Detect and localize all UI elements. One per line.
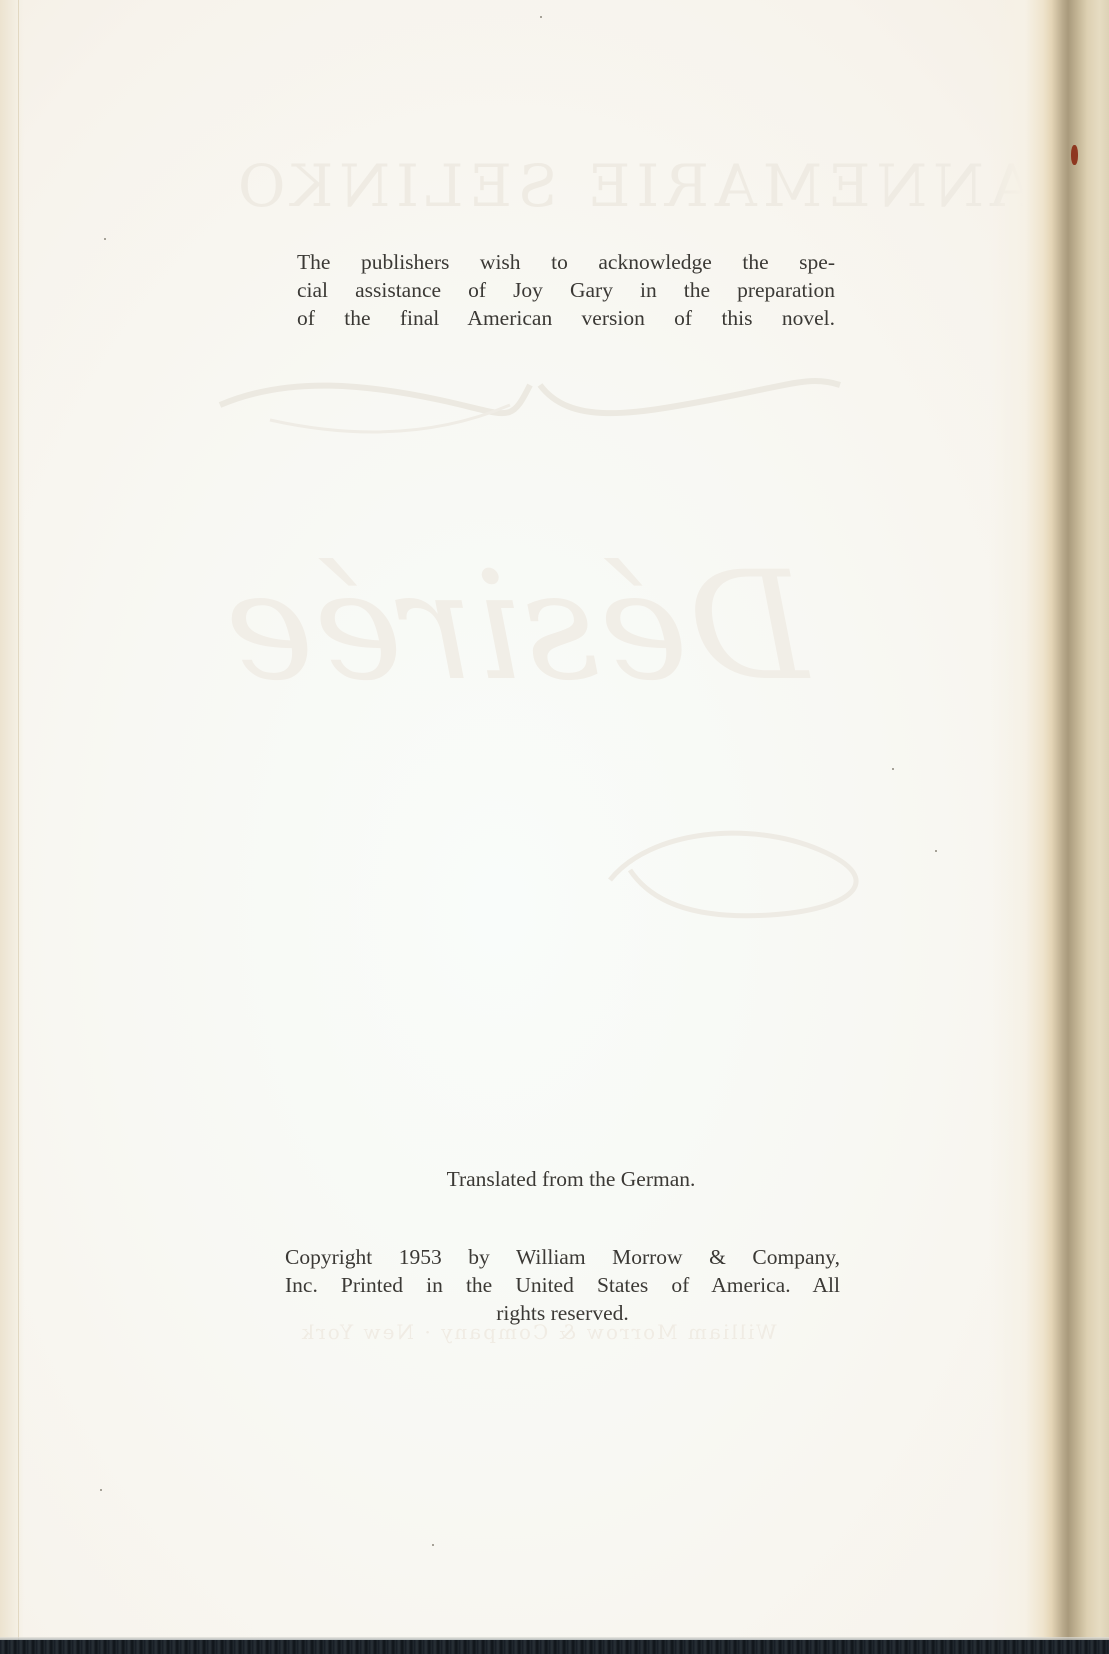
show-through-ornament-icon bbox=[210, 345, 850, 445]
scan-speck bbox=[892, 768, 894, 770]
scanner-background-strip bbox=[0, 1640, 1109, 1654]
copyright-notice: Copyright 1953 by William Morrow & Compa… bbox=[285, 1243, 840, 1327]
scan-speck bbox=[540, 16, 542, 18]
book-gutter bbox=[989, 0, 1109, 1654]
acknowledgment-paragraph: The publishers wish to acknowledge the s… bbox=[297, 248, 835, 332]
copyright-line: rights reserved. bbox=[285, 1299, 840, 1327]
show-through-script-title: Désirée bbox=[225, 540, 808, 714]
page-left-edge-line bbox=[18, 0, 19, 1640]
show-through-title: ANNEMARIE SELINKO bbox=[232, 152, 1032, 220]
scan-speck bbox=[432, 1544, 434, 1546]
copyright-line: Inc. Printed in the United States of Ame… bbox=[285, 1271, 840, 1299]
page-left-edge bbox=[0, 0, 24, 1640]
scan-speck bbox=[100, 1489, 102, 1491]
show-through-flourish-icon bbox=[590, 810, 890, 930]
copyright-line: Copyright 1953 by William Morrow & Compa… bbox=[285, 1243, 840, 1271]
acknowledgment-line: of the final American version of this no… bbox=[297, 304, 835, 332]
scan-speck bbox=[935, 850, 937, 852]
book-page: ANNEMARIE SELINKO Désirée William Morrow… bbox=[0, 0, 1109, 1654]
scan-speck bbox=[104, 238, 106, 240]
translation-note: Translated from the German. bbox=[280, 1165, 862, 1193]
acknowledgment-line: cial assistance of Joy Gary in the prepa… bbox=[297, 276, 835, 304]
gutter-mark bbox=[1071, 145, 1078, 165]
acknowledgment-line: The publishers wish to acknowledge the s… bbox=[297, 248, 835, 276]
